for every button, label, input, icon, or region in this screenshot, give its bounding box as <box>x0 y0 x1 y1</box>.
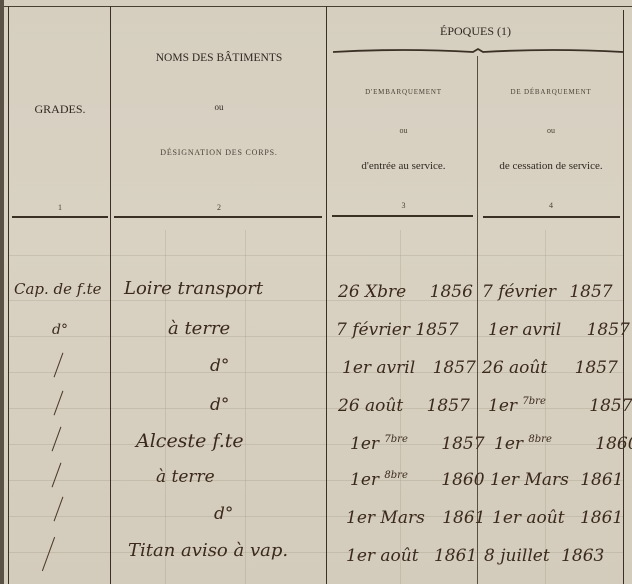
row-2-batiment: à terre <box>168 318 230 339</box>
emb-month: août <box>365 396 403 416</box>
deb-year: 1861 <box>580 508 623 528</box>
deb-year: 1857 <box>589 396 632 416</box>
header-ou-2: ou <box>112 102 326 112</box>
emb-year: 1861 <box>434 546 477 566</box>
row-7-grade-ditto <box>54 497 64 522</box>
col-number-3: 3 <box>330 201 477 210</box>
row-1-debarquement: 7 février 1857 <box>482 282 613 302</box>
header-embarquement: D'EMBARQUEMENT <box>330 88 477 96</box>
col-divider-3-4 <box>477 56 478 584</box>
register-page: GRADES. 1 NOMS DES BÂTIMENTS ou DÉSIGNAT… <box>0 0 632 584</box>
emb-month: Xbre <box>365 282 406 302</box>
emb-month: 7bre <box>384 434 407 445</box>
row-5-grade-ditto <box>52 427 62 452</box>
row-1-grade: Cap. de f.te <box>14 280 102 298</box>
emb-day: 1er <box>350 470 379 490</box>
emb-month: août <box>380 546 418 566</box>
deb-year: 1860 <box>595 434 632 454</box>
row-1-batiment: Loire transport <box>124 278 263 299</box>
emb-year: 1857 <box>441 434 484 454</box>
deb-year: 1857 <box>575 358 618 378</box>
col-number-4: 4 <box>479 201 623 210</box>
col-number-2: 2 <box>112 203 326 212</box>
deb-month: 7bre <box>522 396 545 407</box>
header-debarquement: DE DÉBARQUEMENT <box>479 88 623 96</box>
col-number-1: 1 <box>10 203 110 212</box>
emb-day: 1er <box>350 434 379 454</box>
row-3-embarquement: 1er avril 1857 <box>342 358 476 378</box>
row-4-debarquement: 1er 7bre 1857 <box>488 396 632 416</box>
deb-month: août <box>509 358 547 378</box>
emb-month: avril <box>376 358 415 378</box>
deb-month: Mars <box>524 470 568 490</box>
col-divider-2-3 <box>326 6 327 584</box>
header-grades: GRADES. <box>10 102 110 117</box>
row-3-debarquement: 26 août 1857 <box>482 358 618 378</box>
row-2-embarquement: 7 février 1857 <box>336 320 459 340</box>
row-7-debarquement: 1er août 1861 <box>492 508 623 528</box>
header-rule-1 <box>12 216 108 218</box>
row-8-embarquement: 1er août 1861 <box>346 546 477 566</box>
header-noms-batiments: NOMS DES BÂTIMENTS <box>112 52 326 64</box>
row-5-batiment: Alceste f.te <box>136 430 244 452</box>
emb-month: février <box>352 320 410 340</box>
emb-day: 1er <box>346 508 375 528</box>
deb-day: 7 <box>482 282 493 302</box>
row-5-debarquement: 1er 8bre 1860 <box>494 434 632 454</box>
deb-year: 1863 <box>561 546 604 566</box>
row-6-grade-ditto <box>52 463 62 488</box>
row-3-grade-ditto <box>54 353 64 378</box>
top-rule <box>4 6 632 7</box>
deb-year: 1861 <box>580 470 623 490</box>
col-divider-right <box>623 10 624 584</box>
deb-month: février <box>498 282 556 302</box>
deb-month: 8bre <box>528 434 551 445</box>
deb-day: 1er <box>494 434 523 454</box>
deb-day: 1er <box>488 396 517 416</box>
header-rule-2 <box>114 216 322 218</box>
deb-month: août <box>526 508 564 528</box>
emb-day: 7 <box>336 320 347 340</box>
deb-day: 26 <box>482 358 504 378</box>
page-binding-edge <box>0 0 4 584</box>
deb-day: 1er <box>492 508 521 528</box>
deb-month: avril <box>522 320 561 340</box>
epoques-brace-rule <box>333 46 623 56</box>
emb-year: 1857 <box>415 320 458 340</box>
emb-year: 1857 <box>433 358 476 378</box>
row-7-embarquement: 1er Mars 1861 <box>346 508 486 528</box>
header-ou-3: ou <box>330 126 477 135</box>
emb-day: 1er <box>342 358 371 378</box>
row-8-debarquement: 8 juillet 1863 <box>484 546 604 566</box>
emb-day: 1er <box>346 546 375 566</box>
header-ou-4: ou <box>479 126 623 135</box>
row-8-batiment: Titan aviso à vap. <box>128 540 288 561</box>
row-3-batiment: d° <box>210 356 229 376</box>
header-designation-corps: DÉSIGNATION DES CORPS. <box>112 148 326 157</box>
col-divider-1-2 <box>110 6 111 584</box>
header-rule-3 <box>332 215 473 217</box>
deb-day: 8 <box>484 546 495 566</box>
row-7-batiment: d° <box>214 504 233 524</box>
deb-day: 1er <box>490 470 519 490</box>
row-1-embarquement: 26 Xbre 1856 <box>338 282 473 302</box>
header-cessation-service: de cessation de service. <box>479 160 623 172</box>
row-6-debarquement: 1er Mars 1861 <box>490 470 624 490</box>
emb-year: 1861 <box>442 508 485 528</box>
header-entree-service: d'entrée au service. <box>330 160 477 172</box>
row-2-debarquement: 1er avril 1857 <box>488 320 630 340</box>
row-8-grade-ditto <box>42 537 55 571</box>
emb-year: 1857 <box>427 396 470 416</box>
row-2-grade: d° <box>52 322 68 338</box>
header-rule-4 <box>483 216 620 218</box>
deb-year: 1857 <box>569 282 612 302</box>
emb-day: 26 <box>338 396 360 416</box>
emb-year: 1856 <box>430 282 473 302</box>
emb-month: Mars <box>380 508 424 528</box>
emb-month: 8bre <box>384 470 407 481</box>
row-6-batiment: à terre <box>156 467 215 487</box>
emb-year: 1860 <box>441 470 484 490</box>
deb-year: 1857 <box>587 320 630 340</box>
header-epoques: ÉPOQUES (1) <box>328 24 623 39</box>
row-4-embarquement: 26 août 1857 <box>338 396 470 416</box>
row-6-embarquement: 1er 8bre 1860 <box>350 470 485 490</box>
deb-day: 1er <box>488 320 517 340</box>
deb-month: juillet <box>500 546 549 566</box>
col-divider-left <box>8 6 9 584</box>
emb-day: 26 <box>338 282 360 302</box>
row-5-embarquement: 1er 7bre 1857 <box>350 434 485 454</box>
row-4-batiment: d° <box>210 395 229 415</box>
row-4-grade-ditto <box>54 391 64 416</box>
